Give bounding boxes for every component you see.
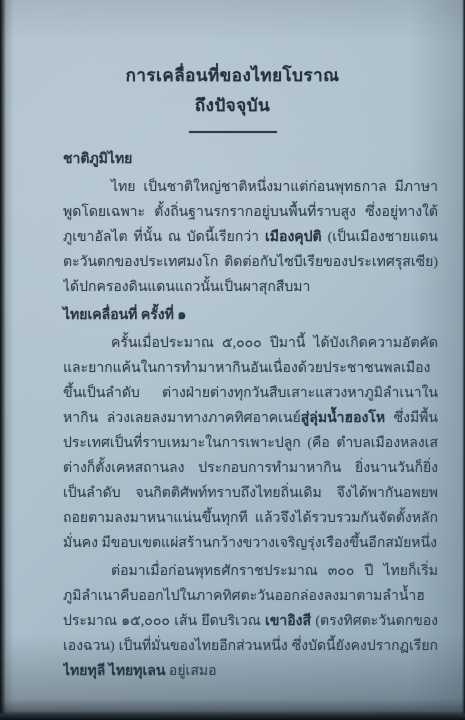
text-segment: หากิน ล่วงเลยลงมาทางภาคทิศอาคเนย์ [63, 411, 301, 426]
page-title-line1: การเคลื่อนที่ของไทยโบราณ [0, 64, 465, 88]
scanned-book-page: การเคลื่อนที่ของไทยโบราณ ถึงปัจจุบัน ชาต… [0, 0, 465, 720]
bold-term: เมืองคุปติ [265, 230, 322, 245]
bottom-page-edge-shadow [0, 711, 465, 720]
text-segment: อยู่เสมอ [165, 664, 216, 679]
text-line: ภูมิลำเนาคืบออกไปในภาคทิศตะวันออกล่องลงม… [63, 584, 438, 609]
text-line: มั่นคง มีขอบเขตแผ่สร้านกว้างขวางเจริญรุ่… [63, 531, 438, 556]
text-line: ครั้นเมื่อประมาณ ๕,๐๐๐ ปีมานี้ ได้บังเกิ… [63, 331, 438, 356]
title-divider-rule [189, 131, 277, 133]
text-line: ได้ปกครองดินแดนแถวนั้นเป็นผาสุกสืบมา [63, 275, 438, 300]
text-line: ไทย เป็นชาติใหญ่ชาติหนึ่งมาแต่ก่อนพุทธกา… [63, 175, 438, 200]
bold-term: เขาอิงสี [265, 614, 311, 629]
paragraph-1: ไทย เป็นชาติใหญ่ชาติหนึ่งมาแต่ก่อนพุทธกา… [63, 175, 438, 300]
text-line: ต่อมาเมื่อก่อนพุทธศักราชประมาณ ๓๐๐ ปี ไท… [63, 559, 438, 584]
section-heading-2: ไทยเคลื่อนที่ ครั้งที่ ๑ [63, 303, 438, 328]
text-segment: ประมาณ ๑๕,๐๐๐ เส้น ยึดบริเวณ [63, 614, 265, 629]
text-line: ต่างก็ตั้งเคหสถานลง ประกอบการทำมาหากิน ย… [63, 456, 438, 481]
text-line: เป็นลำดับ จนกิตติศัพท์ทราบถึงไทยถิ่นเดิม… [63, 481, 438, 506]
text-line: พูดโดยเฉพาะ ตั้งถิ่นฐานรกรากอยู่บนพื้นที… [63, 200, 438, 225]
text-line: ประมาณ ๑๕,๐๐๐ เส้น ยึดบริเวณ เขาอิงสี (ต… [63, 609, 438, 634]
text-line: ถอยตามลงมาหนาแน่นขึ้นทุกที แล้วจึงได้รวบ… [63, 506, 438, 531]
page-title-line2: ถึงปัจจุบัน [0, 94, 465, 118]
section-heading-1: ชาติภูมิไทย [63, 147, 438, 172]
text-line: และยากแค้นในการทำมาหากินอันเนื่องด้วยประ… [63, 356, 438, 381]
text-line: ขึ้นเป็นลำดับ ต่างฝ่ายต่างทุกวันสืบเสาะแ… [63, 381, 438, 406]
bold-term: สู่ลุ่มน้ำฮองโห [301, 411, 385, 426]
text-segment: ภูเขาอัลไต ที่นั้น ณ บัดนี้เรียกว่า [63, 230, 265, 245]
text-line: หากิน ล่วงเลยลงมาทางภาคทิศอาคเนย์สู่ลุ่ม… [63, 406, 438, 431]
bold-term: ไทยทุลี ไทยทุเลน [63, 664, 165, 679]
text-line: ไทยทุลี ไทยทุเลน อยู่เสมอ [63, 659, 438, 684]
paragraph-2: ครั้นเมื่อประมาณ ๕,๐๐๐ ปีมานี้ ได้บังเกิ… [63, 331, 438, 556]
left-page-edge-shadow [0, 0, 6, 720]
paragraph-3: ต่อมาเมื่อก่อนพุทธศักราชประมาณ ๓๐๐ ปี ไท… [63, 559, 438, 684]
text-line: เองฉวน) เป็นที่มั่นของไทยอีกส่วนหนึ่ง ซึ… [63, 634, 438, 659]
page-content: การเคลื่อนที่ของไทยโบราณ ถึงปัจจุบัน ชาต… [0, 0, 465, 684]
text-line: ประเทศเป็นที่ราบเหมาะในการเพาะปลูก (คือ … [63, 431, 438, 456]
page-body: ชาติภูมิไทย ไทย เป็นชาติใหญ่ชาติหนึ่งมาแ… [63, 147, 438, 684]
text-line: ภูเขาอัลไต ที่นั้น ณ บัดนี้เรียกว่า เมือ… [63, 225, 438, 250]
text-line: ตะวันตกของประเทศมงโก ติดต่อกับไซบีเรียขอ… [63, 250, 438, 275]
